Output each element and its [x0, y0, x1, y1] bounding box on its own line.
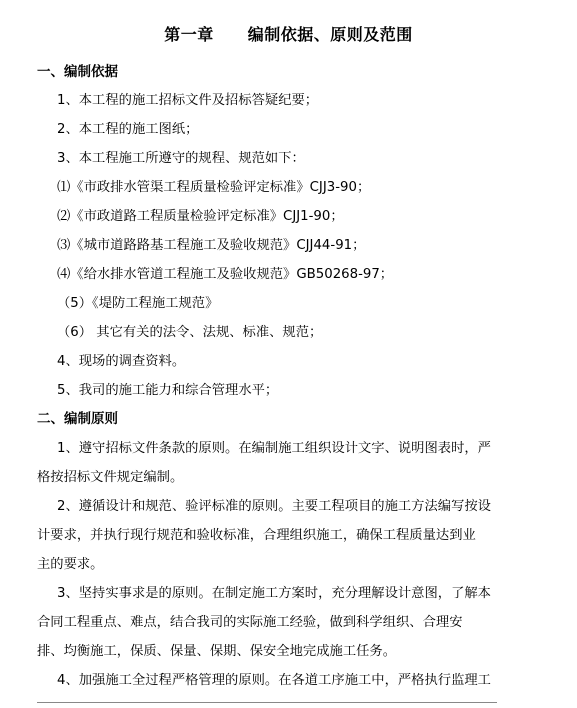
paragraph-line: 2、遵循设计和规范、验评标准的原则。主要工程项目的施工方法编写按设: [57, 495, 491, 514]
paragraph-line: 合同工程重点、难点，结合我司的实际施工经验，做到科学组织、合理安: [37, 611, 463, 630]
section-heading-basis: 一、编制依据: [37, 60, 118, 80]
paragraph-line: 1、遵守招标文件条款的原则。在编制施工组织设计文字、说明图表时，严: [57, 437, 491, 456]
list-item: ⑶《城市道路路基工程施工及验收规范》CJJ44-91；: [57, 234, 365, 253]
paragraph-line: 计要求，并执行现行规范和验收标准，合理组织施工，确保工程质量达到业: [37, 524, 476, 543]
paragraph-line: 排、均衡施工，保质、保量、保期、保安全地完成施工任务。: [37, 640, 396, 659]
chapter-name: 编制依据、原则及范围: [248, 25, 413, 44]
list-item: 1、本工程的施工招标文件及招标答疑纪要；: [57, 89, 318, 108]
page-bottom-rule: [37, 702, 497, 703]
list-item: 5、我司的施工能力和综合管理水平；: [57, 379, 278, 398]
paragraph-line: 4、加强施工全过程严格管理的原则。在各道工序施工中，严格执行监理工: [57, 669, 491, 688]
list-item: （6） 其它有关的法令、法规、标准、规范；: [57, 321, 322, 340]
paragraph-line: 格按招标文件规定编制。: [37, 466, 183, 485]
list-item: （5）《堤防工程施工规范》: [57, 292, 218, 311]
paragraph-line: 主的要求。: [37, 553, 103, 572]
paragraph-line: 3、坚持实事求是的原则。在制定施工方案时，充分理解设计意图，了解本: [57, 582, 491, 601]
list-item: ⑵《市政道路工程质量检验评定标准》CJJ1-90；: [57, 205, 344, 224]
document-page: 第一章编制依据、原则及范围 一、编制依据 1、本工程的施工招标文件及招标答疑纪要…: [0, 0, 577, 708]
chapter-number: 第一章: [164, 25, 214, 44]
list-item: 2、本工程的施工图纸；: [57, 118, 198, 137]
list-item: ⑷《给水排水管道工程施工及验收规范》GB50268-97；: [57, 263, 393, 282]
list-item: 4、现场的调查资料。: [57, 350, 185, 369]
list-item: ⑴《市政排水管渠工程质量检验评定标准》CJJ3-90；: [57, 176, 370, 195]
chapter-title: 第一章编制依据、原则及范围: [0, 22, 577, 45]
section-heading-principles: 二、编制原则: [37, 407, 118, 427]
list-item: 3、本工程施工所遵守的规程、规范如下：: [57, 147, 305, 166]
